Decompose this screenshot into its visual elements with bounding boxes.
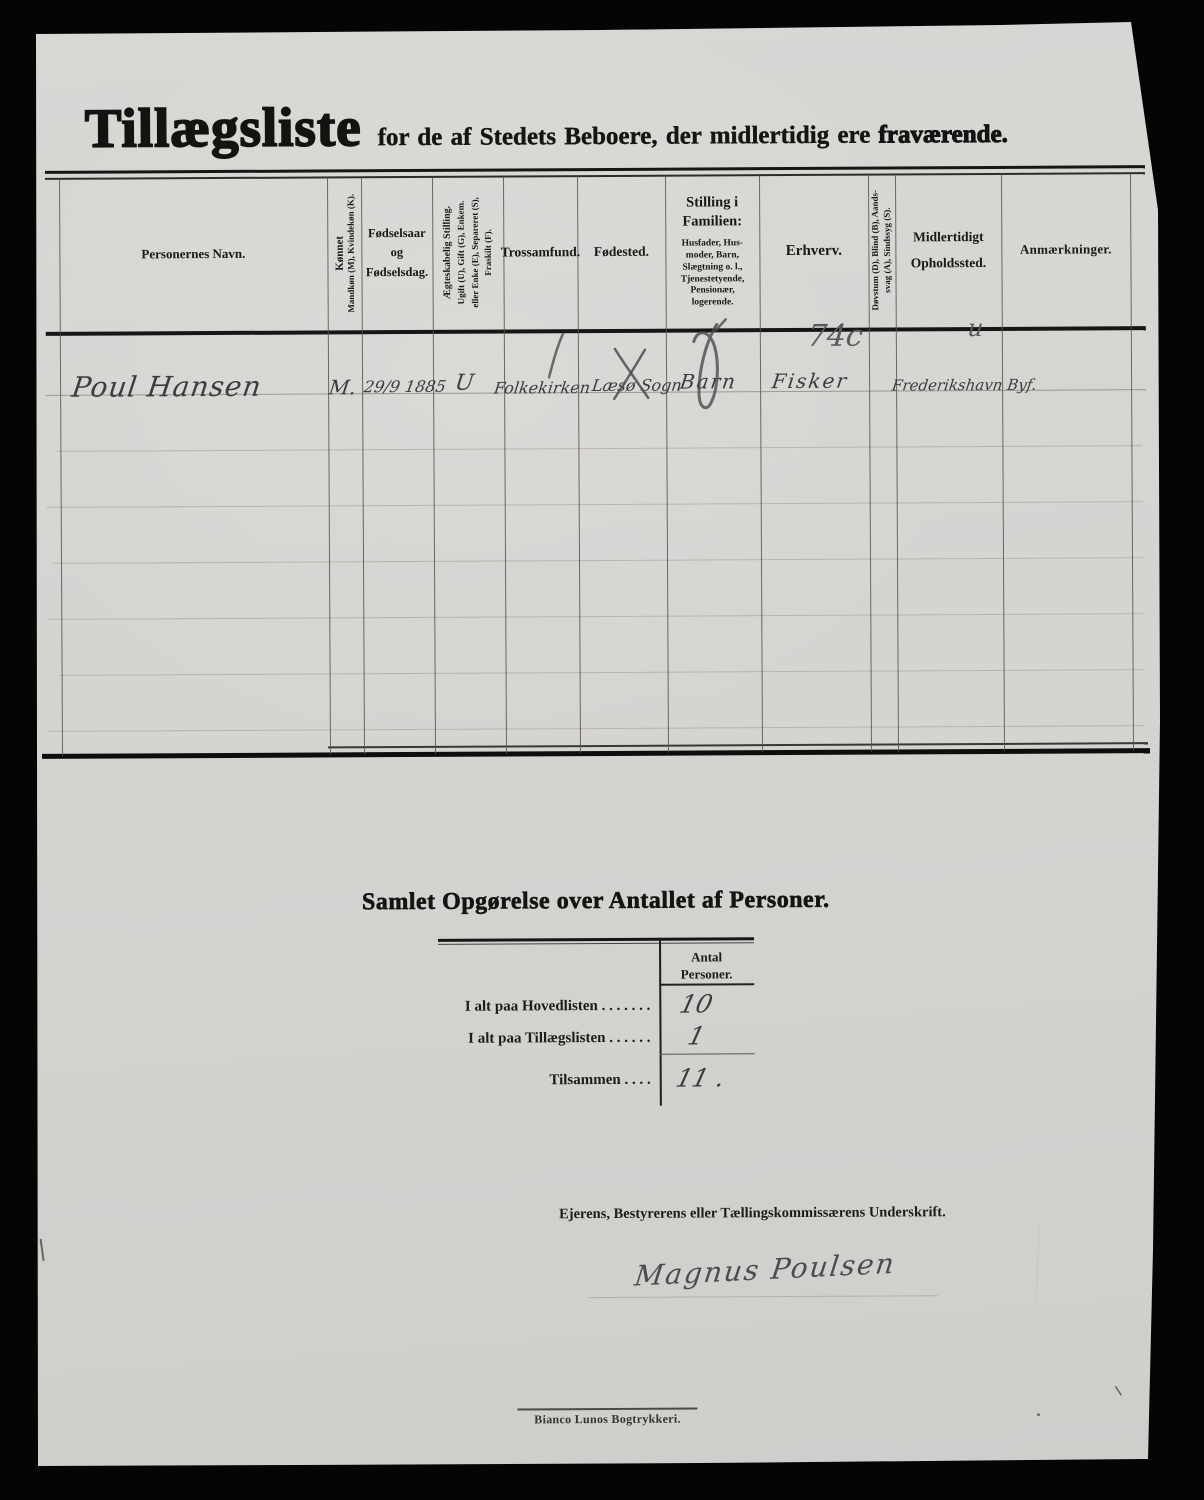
census-table: Personernes Navn. Kønnet Mandkøn (M), Kv… [45, 165, 1148, 763]
entry-religion: Folkekirken [493, 378, 592, 398]
page-title-main: Tillægsliste [85, 95, 362, 159]
pencil-number-annotation: 74c [806, 319, 864, 354]
col-header-doevstum-line1: Døvstum (D), Blind (B), Aands- [870, 190, 882, 311]
paper-speck [1037, 1413, 1040, 1416]
col-header-opholdssted: Midlertidigt Opholdssted. [895, 174, 1002, 327]
table-bottom-rule-thin [328, 742, 1148, 748]
summary-title: Samlet Opgørelse over Antallet af Person… [291, 886, 901, 916]
col-header-koennet-line1: Kønnet [333, 194, 346, 313]
col-header-foedselsaar-line2: og [391, 243, 404, 262]
pencil-check-annotation: u [966, 314, 984, 342]
page-title-rest-bold: fraværende. [878, 121, 1008, 149]
summary-total-value: 11 . [673, 1063, 728, 1092]
summary-header-rule [659, 983, 754, 985]
col-header-stilling-line1: Stilling i [682, 193, 742, 213]
printer-rule [517, 1408, 697, 1410]
col-header-navn: Personernes Navn. [59, 177, 328, 330]
col-header-stilling-sub1: Husfader, Hus- [681, 238, 745, 250]
paper-edge-blemish [41, 1239, 44, 1261]
summary-row1-label: I alt paa Hovedlisten . . . . . . . [438, 998, 650, 1016]
row-line [47, 501, 1143, 508]
entry-family-position: Barn [678, 369, 738, 393]
signature-label: Ejerens, Bestyrerens eller Tællingskommi… [452, 1204, 1052, 1224]
col-header-aegteskabelig-line3: eller Enke (E), Separeret (S), [468, 197, 482, 308]
entry-temporary-residence: Frederikshavn Byf. [891, 376, 1038, 395]
col-header-aegteskabelig: Ægteskabelig Stilling. Ugift (U), Gift (… [432, 177, 504, 329]
col-header-foedested: Fødested. [577, 176, 666, 328]
col-header-stilling-sub5: Pensionær, [681, 286, 745, 298]
row-line [48, 725, 1144, 732]
signature-name: Magnus Poulsen [633, 1247, 898, 1293]
entry-sex: M. [327, 375, 357, 399]
col-header-foedselsaar: Fødselsaar og Fødselsdag. [361, 177, 433, 329]
paper-crease [1035, 1223, 1039, 1303]
summary-row2-label: I alt paa Tillægslisten . . . . . . [438, 1030, 650, 1048]
col-header-stilling-sub2: moder, Barn, [681, 250, 745, 262]
entry-birthdate: 29/9 1885 [362, 377, 447, 396]
signature-line [588, 1295, 938, 1298]
page-title-rest: for de af Stedets Beboere, der midlertid… [378, 121, 1008, 152]
row-line [53, 557, 1143, 564]
col-header-erhverv: Erhverv. [759, 175, 869, 328]
summary-total-label: Tilsammen . . . . [439, 1072, 651, 1090]
paper-speck [1115, 1386, 1121, 1395]
column-line [1130, 173, 1134, 750]
page-title: Tillægsliste for de af Stedets Beboere, … [85, 92, 1008, 160]
entry-name: Poul Hansen [70, 370, 264, 404]
entry-occupation: Fisker [770, 369, 849, 393]
col-header-doevstum: Døvstum (D), Blind (B), Aands- svag (A),… [868, 174, 896, 326]
col-header-stilling-sub3: Slægtning o. l., [681, 262, 745, 274]
col-header-stilling-line2: Familien: [682, 213, 742, 233]
page-title-rest-text: for de af Stedets Beboere, der midlertid… [378, 122, 871, 152]
col-header-koennet-line2: Mandkøn (M), Kvindekøn (K). [345, 194, 356, 313]
col-header-erhverv-label: Erhverv. [786, 242, 842, 259]
col-header-doevstum-line2: svag (A), Sindssyg (S). [882, 190, 894, 311]
entry-marital-status: U [453, 371, 475, 396]
printer-imprint: Bianco Lunos Bogtrykkeri. [508, 1411, 706, 1427]
col-header-trossamfund-label: Trossamfund. [501, 244, 580, 260]
page-content: Tillægsliste for de af Stedets Beboere, … [0, 0, 1204, 1500]
row-line [47, 613, 1143, 620]
row-line [56, 445, 1142, 452]
col-header-stilling-sub4: Tjenestetyende, [681, 274, 745, 286]
row-line [60, 669, 1144, 676]
col-header-foedselsaar-line1: Fødselsaar [368, 224, 426, 244]
col-header-navn-label: Personernes Navn. [141, 246, 245, 263]
summary-row2-value: 1 [685, 1021, 708, 1050]
page-curl-highlight [26, 43, 33, 101]
col-header-foedselsaar-line3: Fødselsdag. [366, 263, 428, 283]
summary-col-header-line2: Personer. [659, 966, 754, 983]
col-header-opholdssted-line1: Midlertidigt [913, 224, 984, 250]
col-header-trossamfund: Trossamfund. [503, 176, 578, 328]
paper-sheet: Tillægsliste for de af Stedets Beboere, … [0, 0, 1204, 1500]
col-header-aegteskabelig-line1: Ægteskabelig Stilling. [440, 198, 456, 309]
summary-table: Antal Personer. I alt paa Hovedlisten . … [438, 937, 755, 1111]
entry-birthplace: Læsø Sogn [591, 376, 683, 395]
summary-col-header: Antal Personer. [659, 949, 754, 983]
scanned-census-page: { "page": { "title_main": "Tillægsliste"… [0, 0, 1204, 1500]
summary-total-rule [660, 1053, 755, 1054]
col-header-aegteskabelig-line4: Fraskilt (F). [482, 197, 496, 308]
col-header-stilling: Stilling i Familien: Husfader, Hus- mode… [665, 175, 760, 327]
col-header-aegteskabelig-line2: Ugift (U), Gift (G), Enkem. [455, 197, 469, 308]
col-header-anmaerkninger-label: Anmærkninger. [1020, 241, 1112, 257]
col-header-koennet: Kønnet Mandkøn (M), Kvindekøn (K). [327, 177, 362, 329]
summary-top-rule-2 [438, 942, 754, 945]
table-bottom-rule [42, 748, 1150, 758]
col-header-anmaerkninger: Anmærkninger. [1001, 173, 1131, 326]
col-header-stilling-sub6: logerende. [681, 298, 745, 310]
summary-row1-value: 10 [677, 989, 716, 1018]
col-header-foedested-label: Fødested. [594, 244, 649, 260]
col-header-opholdssted-line2: Opholdssted. [911, 250, 987, 276]
summary-col-header-line1: Antal [659, 949, 754, 966]
summary-top-rule [438, 937, 754, 941]
